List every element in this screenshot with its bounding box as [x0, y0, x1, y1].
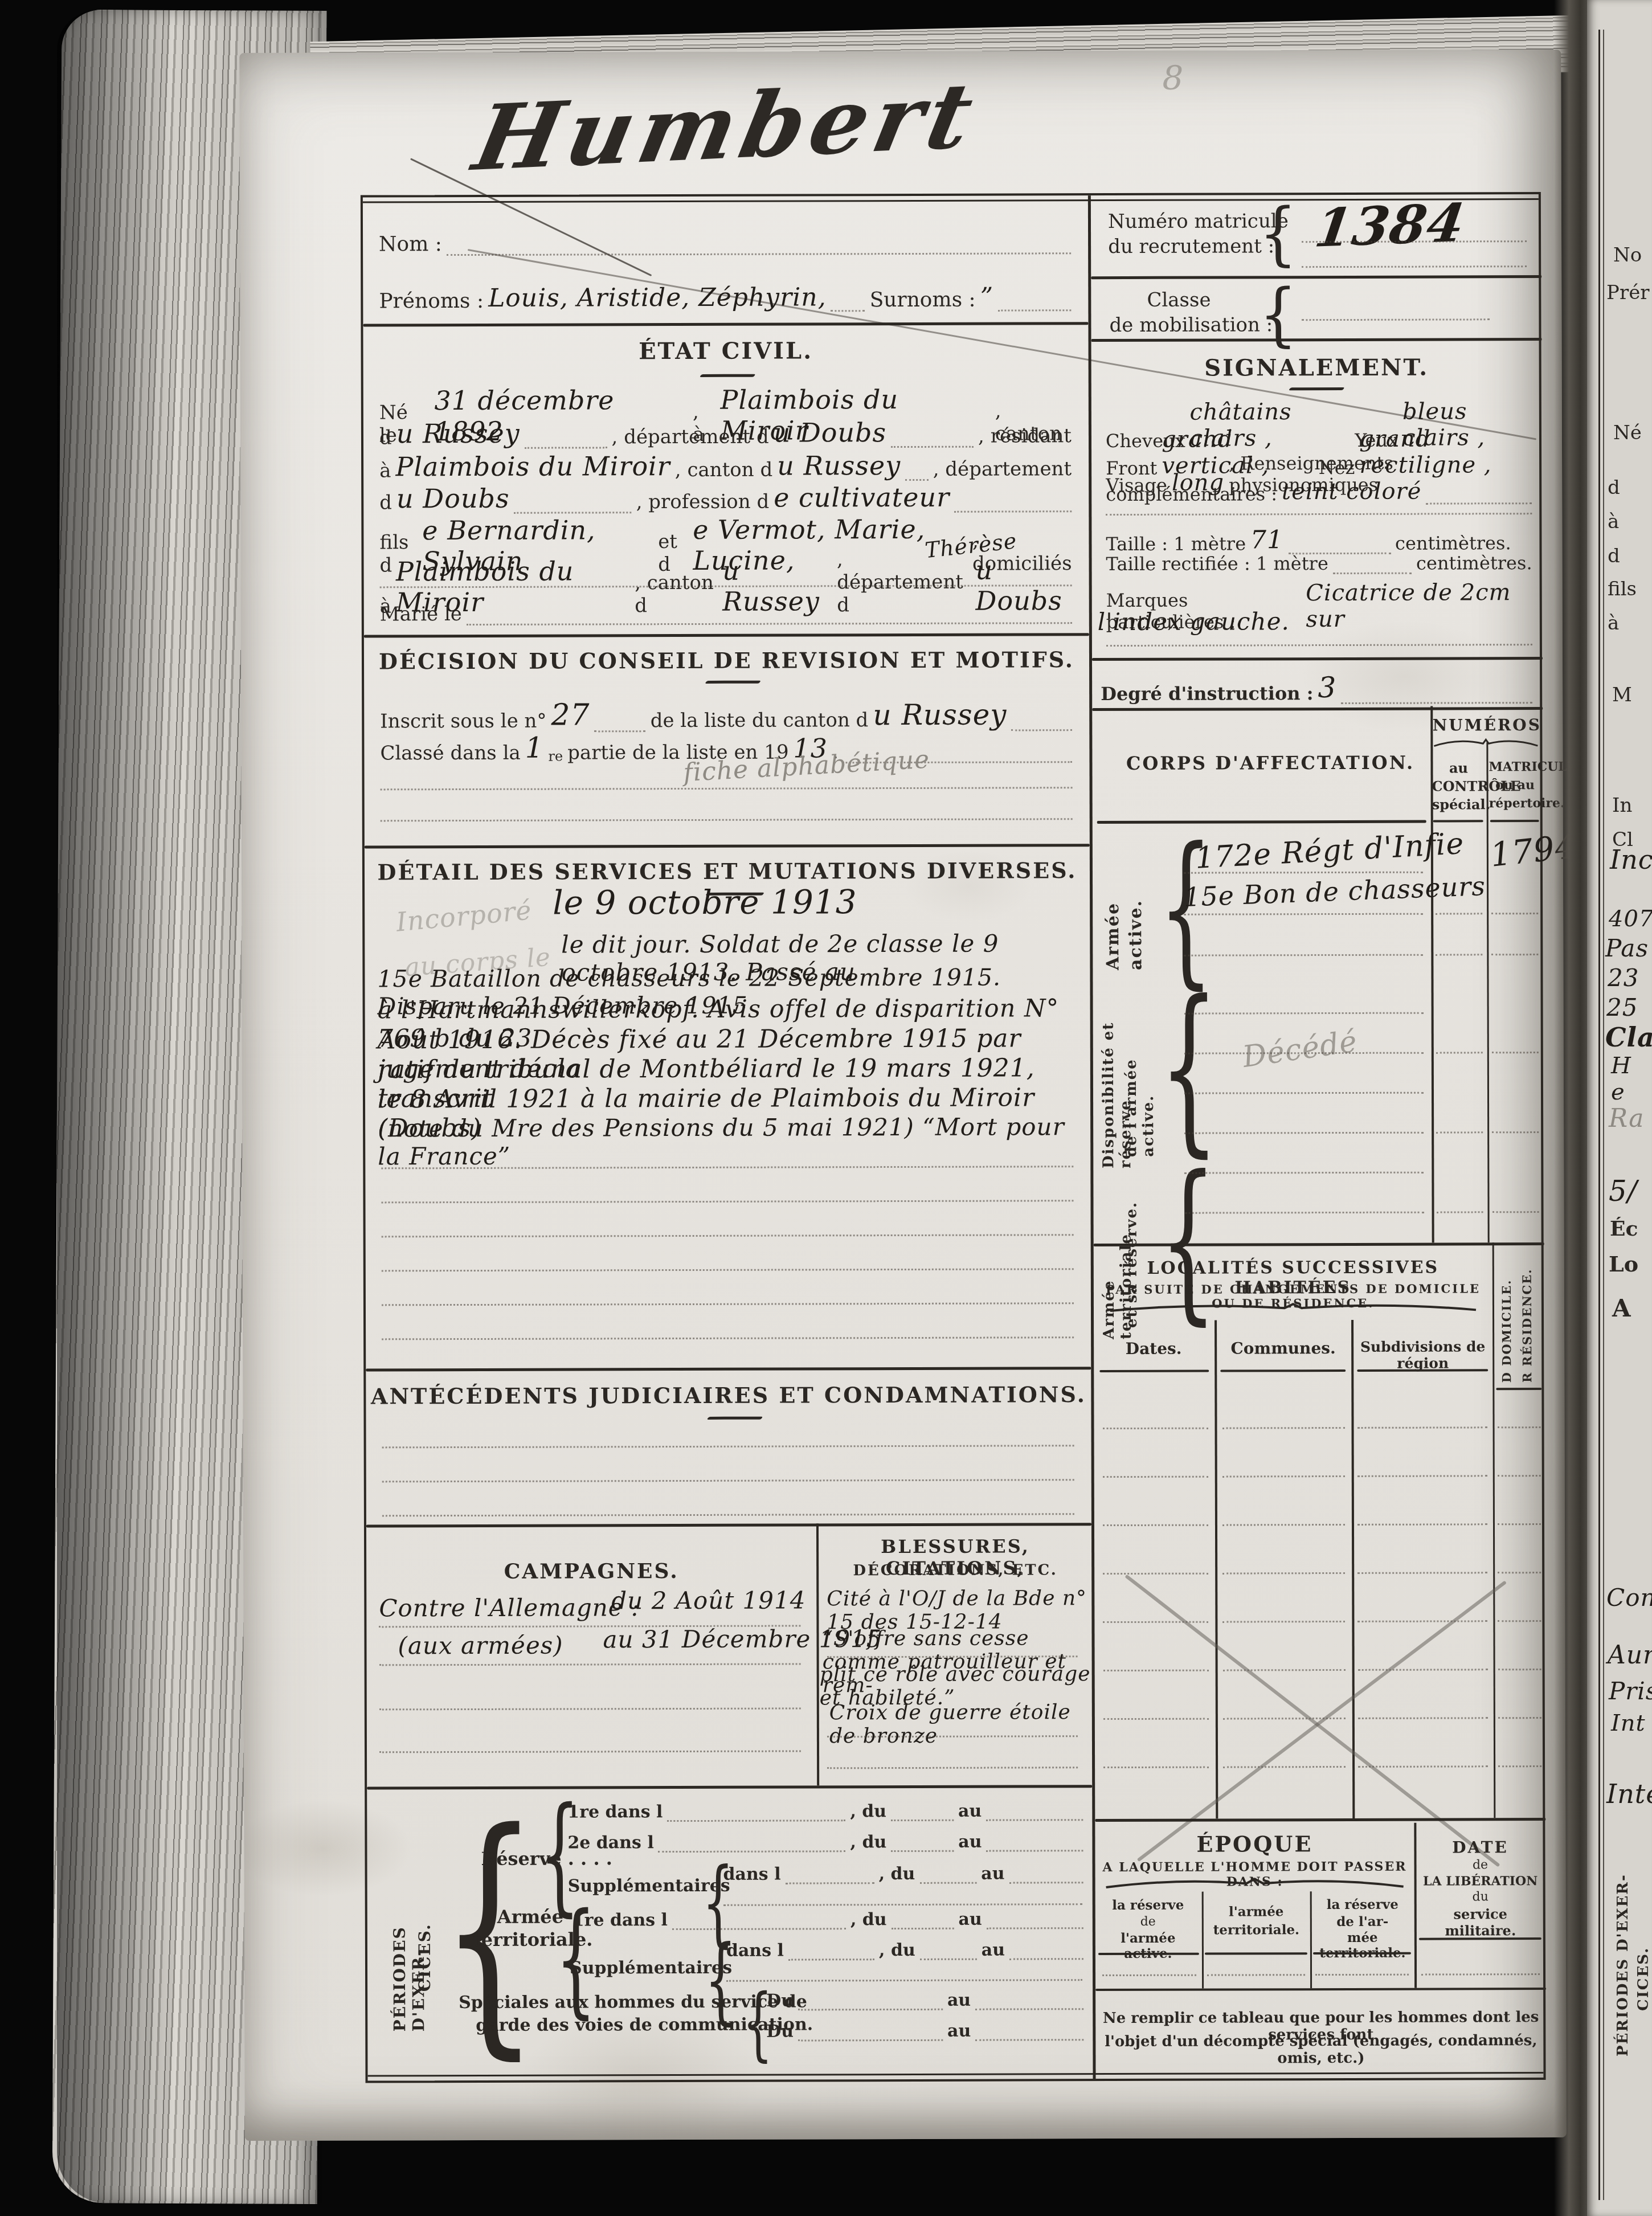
- taille-line: Taille : 1 mètre 71 centimètres.: [1106, 525, 1532, 555]
- table-bottom-rule: [1095, 1988, 1546, 1991]
- dotted-line: [1223, 1764, 1346, 1768]
- classe-mobilisation-label: Classe: [1147, 289, 1211, 312]
- adjacent-periodes-vertical-label: CICES.: [1635, 1908, 1652, 2011]
- dotted-line: [1436, 911, 1482, 914]
- armee-active-vertical-label: Armée: [1103, 851, 1123, 970]
- adjacent-hand-fragment: Pris: [1609, 1677, 1652, 1705]
- surnoms-label: Surnoms :: [870, 288, 976, 312]
- dotted-line: [892, 1925, 954, 1929]
- armee-active-vertical-label: active.: [1126, 851, 1146, 970]
- dotted-line: [467, 620, 1072, 625]
- dotted-line: [827, 1733, 1078, 1737]
- campagnes-title: CAMPAGNES.: [366, 1559, 816, 1584]
- decision-title: DÉCISION DU CONSEIL DE REVISION ET MOTIF…: [364, 647, 1089, 674]
- table-header-rule: [1433, 820, 1483, 822]
- dotted-line: [1498, 1522, 1541, 1525]
- au-label: au: [947, 1990, 971, 2010]
- marques-value-2: l'index gauche.: [1098, 607, 1290, 636]
- dotted-line: [1103, 1474, 1208, 1478]
- degre-value: 3: [1318, 671, 1336, 704]
- periode-row: dans l , du au: [726, 1940, 1083, 1961]
- dotted-line: [1498, 1618, 1541, 1622]
- dotted-line: [987, 1925, 1083, 1929]
- table-header-rule: [1313, 1952, 1411, 1955]
- dotted-line: [1184, 952, 1423, 956]
- dotted-line: [1302, 239, 1527, 243]
- incorpore-pencil-ghost: Incorporé: [395, 894, 533, 937]
- section-rule: [1091, 338, 1542, 342]
- periode-label: 2e dans l: [567, 1833, 653, 1853]
- adjacent-fragment: A: [1612, 1294, 1631, 1322]
- dotted-line: [1207, 1972, 1305, 1976]
- nom-row: Nom :: [379, 231, 1071, 256]
- dotted-line: [1184, 1050, 1424, 1054]
- adjacent-fragment: Lo: [1609, 1251, 1638, 1277]
- periode-row: 2e dans l , du au: [567, 1831, 1083, 1853]
- matricule-repertoire-header: répertoire.: [1489, 796, 1541, 811]
- adjacent-hand-fragment: 407: [1609, 906, 1652, 932]
- section-rule: [363, 322, 1088, 326]
- adjacent-fragment: Éc: [1610, 1217, 1638, 1241]
- prenoms-value: Louis, Aristide, Zéphyrin,: [488, 283, 827, 313]
- date-liberation-header: du: [1417, 1890, 1544, 1904]
- dotted-line: [1184, 1130, 1424, 1134]
- adjacent-fragment: fils: [1608, 578, 1637, 600]
- table-header-rule: [1205, 1952, 1307, 1955]
- dotted-line: [1498, 1667, 1541, 1670]
- dotted-line: [672, 1925, 846, 1930]
- dans-l-label: dans l: [723, 1865, 781, 1884]
- dotted-line: [1302, 264, 1527, 268]
- adjacent-fragment: d: [1608, 545, 1620, 567]
- marie-le-label: Marié le: [380, 603, 462, 625]
- table-header-rule: [1490, 820, 1539, 822]
- adjacent-fragment: M: [1612, 684, 1632, 706]
- controle-header: CONTRÔLE: [1432, 778, 1486, 794]
- periode-row: Du au: [766, 2021, 1083, 2041]
- table-vertical-line: [1215, 1320, 1218, 1819]
- dotted-line: [1341, 700, 1532, 704]
- blessures-title-2: DÉCORATIONS, ETC.: [819, 1561, 1091, 1579]
- partie-value: 1: [525, 731, 544, 764]
- reserve-territoriale-header: la réserve: [1312, 1897, 1413, 1912]
- table-vertical-line: [1414, 1823, 1417, 1988]
- dotted-line: [1437, 1209, 1483, 1213]
- dotted-line: [1009, 1956, 1083, 1960]
- citation-hand-line: Croix de guerre étoile de bronze: [829, 1700, 1092, 1748]
- dotted-line: [891, 444, 974, 448]
- dotted-line: [382, 1266, 1074, 1271]
- services-hand-line: le 9 octobre 1913: [553, 882, 857, 922]
- au-label: au: [947, 2021, 971, 2041]
- dotted-line: [1492, 1130, 1539, 1133]
- localites-brace: [1108, 1301, 1478, 1313]
- dotted-line: [379, 1706, 801, 1710]
- matricule-repertoire-header: ou au: [1489, 778, 1541, 792]
- departement-value: u Doubs: [774, 417, 887, 448]
- adjacent-hand-fragment: Int: [1611, 1710, 1646, 1736]
- dotted-line: [1103, 1668, 1209, 1671]
- canton-d-label: , canton d: [675, 459, 773, 481]
- dotted-line: [1358, 1764, 1488, 1768]
- dotted-line: [1498, 1715, 1541, 1719]
- departement-label: , département: [933, 457, 1072, 481]
- taille-rectifiee-line: Taille rectifiée : 1 mètre centimètres.: [1106, 552, 1532, 575]
- adjacent-fragment: Né: [1613, 422, 1642, 444]
- dotted-line: [1492, 1209, 1539, 1213]
- reserve-armee-active-header: de: [1095, 1915, 1201, 1929]
- dotted-line: [1315, 1972, 1409, 1976]
- dotted-line: [726, 1977, 1082, 1982]
- residence-value: Plaimbois du Miroir: [395, 451, 670, 482]
- dotted-line: [525, 444, 607, 448]
- periode-row: 1re dans l , du au: [573, 1909, 1083, 1930]
- dotted-line: [1491, 911, 1538, 914]
- classe-label: Classé dans la: [380, 742, 520, 765]
- dotted-line: [1102, 1973, 1196, 1976]
- du-label: , du: [879, 1864, 915, 1884]
- table-header-rule: [1496, 1388, 1541, 1390]
- dotted-line: [1222, 1522, 1345, 1526]
- title-underline: [700, 374, 755, 377]
- dotted-line: [1106, 642, 1532, 647]
- dotted-line: [1436, 952, 1482, 955]
- departement-value: u Doubs: [396, 483, 510, 514]
- residence-vertical-label: R RÉSIDENCE.: [1520, 1252, 1535, 1383]
- epoque-brace: [1104, 1876, 1406, 1890]
- section-rule: [1095, 1818, 1545, 1822]
- dotted-line: [1492, 1050, 1539, 1053]
- table-header-rule: [1097, 820, 1426, 824]
- epoque-note: l'objet d'un décompte spécial (engagés, …: [1095, 2032, 1546, 2067]
- date-liberation-header: LA LIBÉRATION: [1417, 1874, 1544, 1889]
- classe-mobilisation-label: de mobilisation :: [1109, 313, 1273, 337]
- dotted-line: [1421, 1972, 1540, 1976]
- dotted-line: [381, 785, 1073, 790]
- dotted-line: [905, 477, 928, 481]
- du-label: Du: [766, 1991, 794, 2011]
- dotted-line: [986, 1817, 1083, 1821]
- table-vertical-line: [1492, 1242, 1496, 1818]
- dotted-line: [447, 250, 1071, 256]
- dotted-line: [1222, 1619, 1345, 1623]
- dotted-line: [1357, 1473, 1487, 1477]
- profession-label: , profession d: [636, 490, 770, 514]
- corner-page-mark: 8: [1162, 59, 1184, 97]
- taille-rectifiee-label: Taille rectifiée : 1 mètre: [1106, 553, 1328, 575]
- dotted-line: [382, 1232, 1074, 1237]
- controle-header: au: [1432, 759, 1485, 776]
- prenoms-row: Prénoms : Louis, Aristide, Zéphyrin, Sur…: [379, 282, 1071, 313]
- dans-l-label: dans l: [726, 1941, 784, 1961]
- reserve-territoriale-header: mée territoriale.: [1312, 1930, 1413, 1961]
- dotted-line: [1009, 1879, 1083, 1883]
- dotted-line: [514, 509, 632, 514]
- dotted-line: [1436, 1130, 1483, 1133]
- table-header-rule: [1357, 1369, 1488, 1372]
- dates-header: Dates.: [1094, 1339, 1213, 1359]
- decede-pencil-note: Décédé: [1241, 1024, 1360, 1074]
- adjacent-hand-fragment: 25: [1606, 993, 1638, 1021]
- dotted-line: [1357, 1618, 1487, 1622]
- dotted-line: [891, 1817, 954, 1821]
- dotted-line: [1302, 317, 1490, 321]
- numeros-brace: [1433, 737, 1539, 747]
- dotted-line: [1357, 1570, 1487, 1574]
- reserve-armee-active-header: l'armée active.: [1095, 1931, 1201, 1961]
- dotted-line: [1358, 1715, 1488, 1719]
- register-page: Humbert 8 Nom : Prénoms : Louis, Aristid…: [239, 50, 1567, 2141]
- subdivisions-header: Subdivisions de région: [1353, 1338, 1492, 1372]
- adjacent-hand-fragment: Cla: [1605, 1022, 1652, 1053]
- signalement-line: complémentaires : teint coloré: [1106, 478, 1532, 505]
- adjacent-hand-fragment: Contre: [1606, 1584, 1652, 1612]
- dotted-line: [1222, 1571, 1345, 1575]
- matricule-number-value: 1384: [1311, 192, 1469, 259]
- dotted-line: [667, 1817, 845, 1822]
- campagnes-hand-line: (aux armées): [398, 1632, 563, 1660]
- dotted-line: [1184, 1011, 1424, 1015]
- dotted-line: [920, 1956, 977, 1960]
- complementaires-value: teint coloré: [1282, 479, 1421, 505]
- dotted-line: [723, 1902, 1082, 1906]
- numero-matricule-label: du recrutement :: [1108, 235, 1274, 258]
- disponibilite-vertical-label: de l'armée active.: [1123, 992, 1158, 1157]
- dotted-line: [1357, 1425, 1487, 1429]
- section-rule: [364, 633, 1089, 637]
- table-vertical-line: [1351, 1320, 1355, 1818]
- scanned-register-spread: Humbert 8 Nom : Prénoms : Louis, Aristid…: [0, 0, 1652, 2216]
- dotted-line: [798, 2037, 943, 2042]
- adjacent-fragment: d: [1608, 476, 1620, 499]
- centimetres-label: centimètres.: [1416, 552, 1532, 574]
- du-label: , du: [850, 1910, 887, 1929]
- signalement-title: SIGNALEMENT.: [1091, 354, 1542, 382]
- controle-header: spécial.: [1432, 796, 1486, 812]
- adjacent-form-border: [1603, 30, 1604, 2200]
- reserve-armee-active-header: la réserve: [1095, 1898, 1201, 1913]
- dotted-line: [919, 1880, 976, 1884]
- section-rule: [1092, 707, 1543, 711]
- inscrit-row: Inscrit sous le n° 27 de la liste du can…: [380, 697, 1072, 733]
- dotted-line: [1103, 1523, 1208, 1526]
- taille-value: 71: [1250, 525, 1283, 554]
- campagnes-hand-line: Contre l'Allemagne :: [379, 1593, 640, 1622]
- date-liberation-header: service militaire.: [1417, 1906, 1544, 1939]
- profession-value: e cultivateur: [774, 482, 950, 513]
- au-label: au: [982, 1940, 1005, 1960]
- au-label: au: [958, 1910, 982, 1929]
- adjacent-hand-fragment: Inc: [1610, 844, 1652, 875]
- form-right-column: Numéro matricule du recrutement : { 1384…: [1088, 194, 1547, 2079]
- dotted-line: [1103, 1571, 1208, 1575]
- armee-territoriale-header: territoriale.: [1204, 1922, 1309, 1937]
- matricule-form: Nom : Prénoms : Louis, Aristide, Zéphyri…: [361, 192, 1546, 2083]
- au-label: au: [958, 1832, 982, 1852]
- dotted-line: [1103, 1426, 1208, 1429]
- departement-label: , département d: [612, 426, 769, 449]
- dotted-line: [1103, 1620, 1208, 1623]
- dotted-line: [1426, 500, 1532, 504]
- periode-label: 1re dans l: [567, 1802, 663, 1822]
- surname-handwritten: Humbert: [466, 63, 987, 191]
- affectation-hand-line: 15e Bon de chasseurs: [1183, 870, 1486, 913]
- periode-row: dans l , du au: [723, 1863, 1083, 1884]
- adjacent-hand-fragment: Pas: [1605, 934, 1649, 962]
- dotted-line: [382, 1511, 1074, 1516]
- dotted-line: [1491, 952, 1538, 955]
- adjacent-hand-fragment: Aun: [1608, 1641, 1652, 1670]
- dotted-line: [1184, 870, 1423, 874]
- du-label: , du: [850, 1801, 886, 1821]
- au-label: au: [981, 1864, 1004, 1884]
- communes-header: Communes.: [1216, 1339, 1350, 1358]
- section-rule: [1094, 1242, 1544, 1246]
- title-underline: [705, 681, 760, 684]
- etat-civil-line: d u Russey , département d u Doubs , rés…: [379, 416, 1072, 449]
- dotted-line: [1185, 1210, 1424, 1214]
- dotted-line: [379, 1748, 801, 1753]
- dotted-line: [1357, 1522, 1487, 1526]
- table-vertical-line: [1486, 742, 1489, 1242]
- marie-row: Marié le: [380, 601, 1072, 625]
- table-header-rule: [1419, 1937, 1541, 1940]
- dotted-line: [1498, 1570, 1541, 1573]
- adjacent-fragment: Prér: [1606, 281, 1650, 304]
- section-rule: [366, 1523, 1091, 1527]
- degre-label: Degré d'instruction :: [1101, 682, 1313, 705]
- adjacent-hand-fragment: Ra: [1609, 1104, 1644, 1133]
- campagnes-hand-line: du 2 Août 1914: [611, 1586, 805, 1614]
- adjacent-periodes-vertical-label: PÉRIODES D'EXER-: [1614, 1863, 1631, 2056]
- du-label: Du: [766, 2022, 794, 2042]
- residant-label: , résidant: [978, 424, 1072, 447]
- du-label: , du: [879, 1940, 915, 1960]
- corps-affectation-header: CORPS D'AFFECTATION.: [1115, 752, 1425, 774]
- d-label: d: [379, 491, 392, 514]
- canton-value: u Russey: [396, 418, 520, 449]
- adjacent-hand-fragment: Inte: [1606, 1778, 1652, 1809]
- services-title: DÉTAIL DES SERVICES ET MUTATIONS DIVERSE…: [365, 857, 1090, 885]
- dotted-line: [382, 1443, 1074, 1448]
- surnoms-value: ”: [980, 283, 994, 312]
- numeros-header: NUMÉROS: [1431, 716, 1543, 735]
- adjacent-hand-fragment: H e: [1611, 1053, 1652, 1105]
- du-label: , du: [850, 1832, 886, 1852]
- section-rule: [1092, 657, 1543, 661]
- section-rule: [365, 844, 1090, 848]
- marques-value: Cicatrice de 2cm sur: [1306, 579, 1532, 632]
- dotted-line: [998, 307, 1071, 311]
- dotted-line: [1498, 1764, 1541, 1767]
- dotted-line: [827, 1654, 1078, 1658]
- degre-instruction-line: Degré d'instruction : 3: [1101, 670, 1532, 705]
- dotted-line: [975, 2006, 1083, 2010]
- periode-row: Du au: [766, 1990, 1083, 2010]
- domicile-vertical-label: D DOMICILE.: [1499, 1252, 1514, 1383]
- form-left-column: Nom : Prénoms : Louis, Aristide, Zéphyri…: [363, 195, 1093, 2080]
- au-label: au: [958, 1801, 982, 1821]
- adjacent-fragment: No: [1613, 244, 1642, 267]
- table-header-rule: [1099, 1370, 1209, 1373]
- dotted-line: [891, 1848, 954, 1852]
- taille-label: Taille : 1 mètre: [1106, 533, 1246, 555]
- title-underline: [1289, 387, 1344, 390]
- adjacent-hand-fragment: 5/: [1609, 1175, 1638, 1208]
- centimetres-label: centimètres.: [1395, 532, 1511, 554]
- dotted-line: [1103, 1765, 1209, 1768]
- periode-label: 1re dans l: [573, 1910, 668, 1930]
- adjacent-fragment: à: [1608, 510, 1619, 533]
- dotted-line: [1106, 511, 1532, 516]
- liste-numero-value: 27: [551, 698, 590, 732]
- title-underline: [707, 1417, 763, 1420]
- dotted-line: [798, 2006, 943, 2011]
- etat-civil-line: à Plaimbois du Miroir , canton d u Russe…: [379, 449, 1072, 482]
- date-liberation-header: de: [1417, 1858, 1544, 1872]
- matricule-repertoire-header: MATRICULE: [1489, 759, 1541, 774]
- d-label: d: [379, 426, 392, 449]
- dotted-line: [975, 2037, 1083, 2041]
- adjacent-form-border: [1598, 30, 1600, 2200]
- book-gutter-shadow: [1554, 0, 1587, 2216]
- adjacent-fragment: In: [1612, 794, 1632, 817]
- antecedents-title: ANTÉCÉDENTS JUDICIAIRES ET CONDAMNATIONS…: [366, 1381, 1091, 1409]
- dotted-line: [382, 1301, 1074, 1306]
- liste-canton-value: u Russey: [873, 698, 1007, 732]
- dotted-line: [1184, 911, 1423, 915]
- dotted-line: [382, 1477, 1074, 1482]
- dotted-line: [1103, 1716, 1209, 1720]
- dotted-line: [1184, 1090, 1424, 1094]
- dotted-line: [831, 308, 865, 312]
- prenoms-label: Prénoms :: [379, 289, 484, 313]
- table-header-rule: [1098, 1953, 1199, 1955]
- periodes-vertical-label: CICES.: [415, 1878, 435, 1992]
- dotted-line: [382, 1335, 1074, 1340]
- dotted-line: [986, 1847, 1083, 1851]
- affectation-hand-line: 172e Régt d'Infie: [1195, 827, 1465, 876]
- partie-sup: re: [549, 749, 563, 764]
- dotted-line: [786, 1880, 874, 1884]
- dotted-line: [1184, 1170, 1424, 1174]
- adjacent-page-sliver: No Prér Né d à d fils à M In Cl Inc 407 …: [1587, 0, 1652, 2216]
- complementaires-label: complémentaires :: [1106, 483, 1277, 505]
- dotted-line: [1498, 1473, 1541, 1477]
- canton-value: u Russey: [777, 450, 901, 481]
- liste-label: de la liste du canton d: [651, 709, 869, 732]
- dotted-line: [1498, 1425, 1541, 1428]
- armee-territoriale-label: Armée: [497, 1906, 563, 1928]
- dotted-line: [379, 1661, 801, 1666]
- dotted-line: [381, 816, 1073, 821]
- dotted-line: [1222, 1425, 1345, 1429]
- epoque-title: ÉPOQUE: [1095, 1831, 1414, 1857]
- nom-label: Nom :: [379, 232, 442, 256]
- dotted-line: [381, 1198, 1073, 1203]
- dotted-line: [827, 1765, 1078, 1769]
- dotted-line: [1436, 1050, 1483, 1053]
- section-rule: [1091, 275, 1541, 279]
- inscrit-label: Inscrit sous le n°: [380, 710, 546, 733]
- dotted-line: [788, 1956, 874, 1960]
- table-header-rule: [1220, 1369, 1346, 1372]
- adjacent-fragment: à: [1608, 612, 1619, 635]
- dotted-line: [1222, 1474, 1345, 1478]
- dotted-line: [1358, 1667, 1488, 1671]
- armee-territoriale-header: l'armée: [1204, 1904, 1309, 1919]
- dotted-line: [659, 1848, 846, 1853]
